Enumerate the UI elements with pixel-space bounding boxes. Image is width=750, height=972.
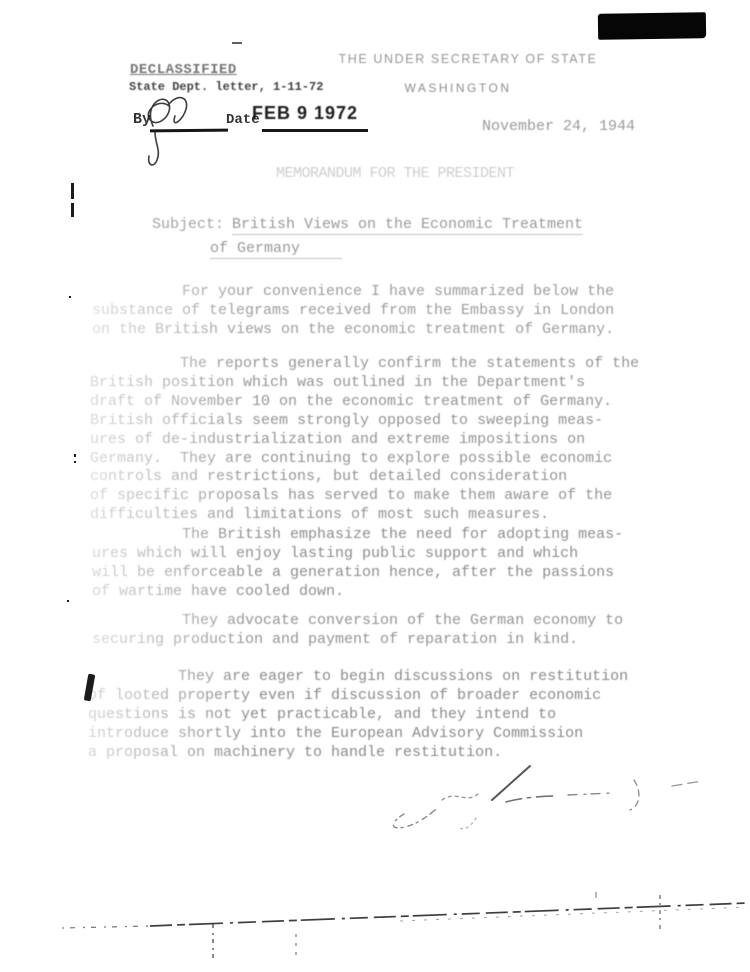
scan-edge-line — [0, 890, 750, 972]
body-paragraph-2: The reports generally confirm the statem… — [90, 355, 639, 525]
margin-artifact — [71, 183, 74, 199]
body-paragraph-5: They are eager to begin discussions on r… — [88, 668, 628, 763]
document-date: November 24, 1944 — [482, 118, 635, 135]
signature-scrawl — [380, 752, 720, 872]
body-paragraph-4: They advocate conversion of the German e… — [92, 612, 623, 650]
margin-artifact — [74, 461, 76, 463]
handwritten-initials — [135, 88, 225, 178]
document-page: DECLASSIFIED State Dept. letter, 1-11-72… — [0, 0, 750, 972]
margin-artifact — [69, 296, 71, 298]
date-received-stamp: FEB 9 1972 — [252, 103, 358, 124]
subject-line1: British Views on the Economic Treatment — [232, 216, 583, 235]
margin-artifact — [67, 600, 69, 602]
letterhead-office: THE UNDER SECRETARY OF STATE — [338, 52, 598, 66]
date-underline — [262, 129, 368, 132]
margin-artifact — [74, 454, 76, 457]
declassified-stamp-text: DECLASSIFIED — [130, 62, 237, 78]
memo-title: MEMORANDUM FOR THE PRESIDENT — [276, 165, 514, 182]
body-paragraph-3: The British emphasize the need for adopt… — [92, 526, 623, 602]
body-paragraph-1: For your convenience I have summarized b… — [92, 283, 614, 340]
letterhead-city: WASHINGTON — [378, 81, 538, 95]
top-artifact — [232, 42, 242, 44]
margin-artifact — [71, 203, 74, 217]
redaction-bar — [598, 12, 706, 40]
subject-label: Subject: — [152, 216, 224, 233]
subject-line2: of Germany — [210, 240, 342, 259]
